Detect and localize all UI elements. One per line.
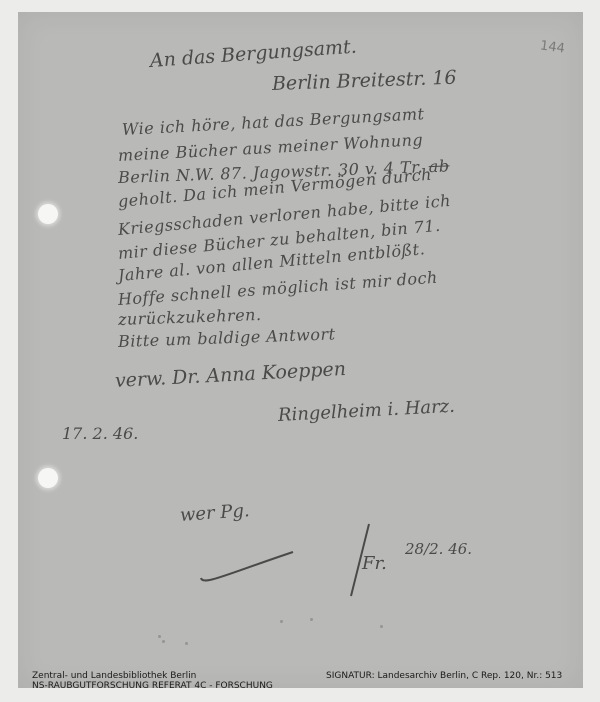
letter-date: 17. 2. 46. [62, 424, 138, 443]
annotation-date: 28/2. 46. [405, 540, 472, 558]
punch-hole-bottom [38, 468, 58, 488]
footer-left: Zentral- und Landesbibliothek Berlin NS-… [32, 671, 273, 691]
annotation-swoosh-stroke [197, 540, 297, 585]
speckle-mark [185, 642, 188, 645]
punch-hole-top [38, 204, 58, 224]
footer-institution: Zentral- und Landesbibliothek Berlin [32, 671, 273, 681]
speckle-mark [380, 625, 383, 628]
footer-signature-ref: SIGNATUR: Landesarchiv Berlin, C Rep. 12… [326, 671, 562, 681]
footer-department: NS-RAUBGUTFORSCHUNG REFERAT 4C - FORSCHU… [32, 681, 273, 691]
speckle-mark [158, 635, 161, 638]
annotation-initial: Fr. [362, 553, 387, 574]
speckle-mark [162, 640, 165, 643]
speckle-mark [280, 620, 283, 623]
speckle-mark [310, 618, 313, 621]
